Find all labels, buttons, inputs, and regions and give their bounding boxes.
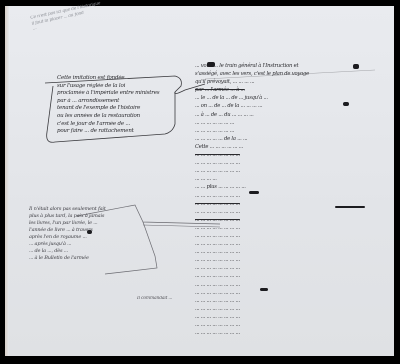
text-line: ... ... ... ... ... de la ... ... [195,135,387,143]
ink-correction [343,102,349,106]
ink-correction [335,206,365,208]
ink-correction [260,288,268,291]
boxed-note-lower: Il n'était alors pas seulement fait plus… [29,206,141,262]
note-line: par à ... arrondissement [57,98,175,106]
margin-note: Il commandait ... [137,296,197,301]
note-line: après l'en de royaume ... [29,234,141,241]
text-line: ... ... ... ... ... ... ... ... [195,329,387,337]
note-line: ... après jusqu'à ... [29,241,141,248]
text-line: ... ... ... ... ... ... ... ... [195,208,387,216]
note-line: sur l'usage réglée de la loi [57,83,175,91]
text-line: ... ... ... ... ... ... ... ... [195,216,387,224]
note-line: les livres, l'un par livrée, le ... [29,220,141,227]
text-line: ... ... ... ... ... ... ... ... [195,256,387,264]
note-line: tenant de l'exemple de l'histoire [57,105,175,113]
text-line: ... ... ... ... ... ... ... ... [195,151,387,159]
note-line: plus à plus tard, la paix à jamais [29,213,141,220]
boxed-note-upper: Cette imitation est fondée sur l'usage r… [57,75,175,136]
note-line: ... de la ..., dès ... [29,248,141,255]
text-line: ... ... ... ... ... ... ... [195,127,387,135]
text-line: ... on ... de ... de la ... ... ... ... [195,102,387,110]
text-line: ... ... ... ... ... ... ... ... [195,224,387,232]
note-line: pour faire ... de rattachement [57,128,175,136]
note-line: l'année de livre ... à travers [29,227,141,234]
text-line: s'assiégé, avec les vers, c'est le plan … [195,70,387,78]
note-line: Il n'était alors pas seulement fait [29,206,141,213]
note-line: proclamée à l'impériale entre ministres [57,90,175,98]
text-line: ... le ... de la ... de ... jusqu'à ... [195,94,387,102]
text-line: ... ... ... ... ... ... ... ... [195,264,387,272]
text-line: ... ... ... ... ... ... ... ... [195,281,387,289]
note-line: Cette imitation est fondée [57,75,175,83]
text-line: ... ... ... ... ... ... ... ... [195,232,387,240]
text-line: ... ... plus ... ... ... ... ... [195,183,387,191]
ink-correction [353,64,359,69]
manuscript-page: Ce n'est pas ici que de l'historique il … [5,6,394,356]
text-line: ... ... ... ... ... ... ... [195,119,387,127]
note-line: ... à le Bulletin de l'armée [29,255,141,262]
text-line: par ... l'armée ... à ... [195,86,387,94]
text-line: Cette ... ... ... ... ... ... [195,143,387,151]
text-line: ... ... ... ... ... ... ... ... [195,305,387,313]
text-line: ... ... ... ... ... ... ... ... [195,313,387,321]
text-line: ... ... ... ... ... ... ... ... [195,289,387,297]
ink-correction [87,230,92,234]
ink-correction [249,191,259,194]
text-line: ... ... ... ... ... ... ... ... [195,272,387,280]
text-line: ... ... ... ... ... ... ... ... [195,192,387,200]
text-line: ... ... ... ... ... ... ... ... [195,248,387,256]
ink-correction [207,62,215,67]
text-line: ... ... ... ... ... ... ... ... [195,297,387,305]
text-line: ... ... ... ... ... ... ... ... [195,321,387,329]
text-line: ... ... ... ... ... ... ... ... [195,240,387,248]
note-line: ou les années de la restauration [57,113,175,121]
text-line: ... ... ... ... ... ... ... ... [195,167,387,175]
text-line: qu'il prévoyait, ... ... ... ... [195,78,387,86]
note-line: c'est le jour de l'armée de ... [57,121,175,129]
text-line: ... à ... de ... du ... ... ... ... [195,111,387,119]
main-text: ... vous ... le train général à l'Instru… [195,62,387,337]
text-line: ... ... ... ... [195,175,387,183]
text-line: ... ... ... ... ... ... ... ... [195,159,387,167]
